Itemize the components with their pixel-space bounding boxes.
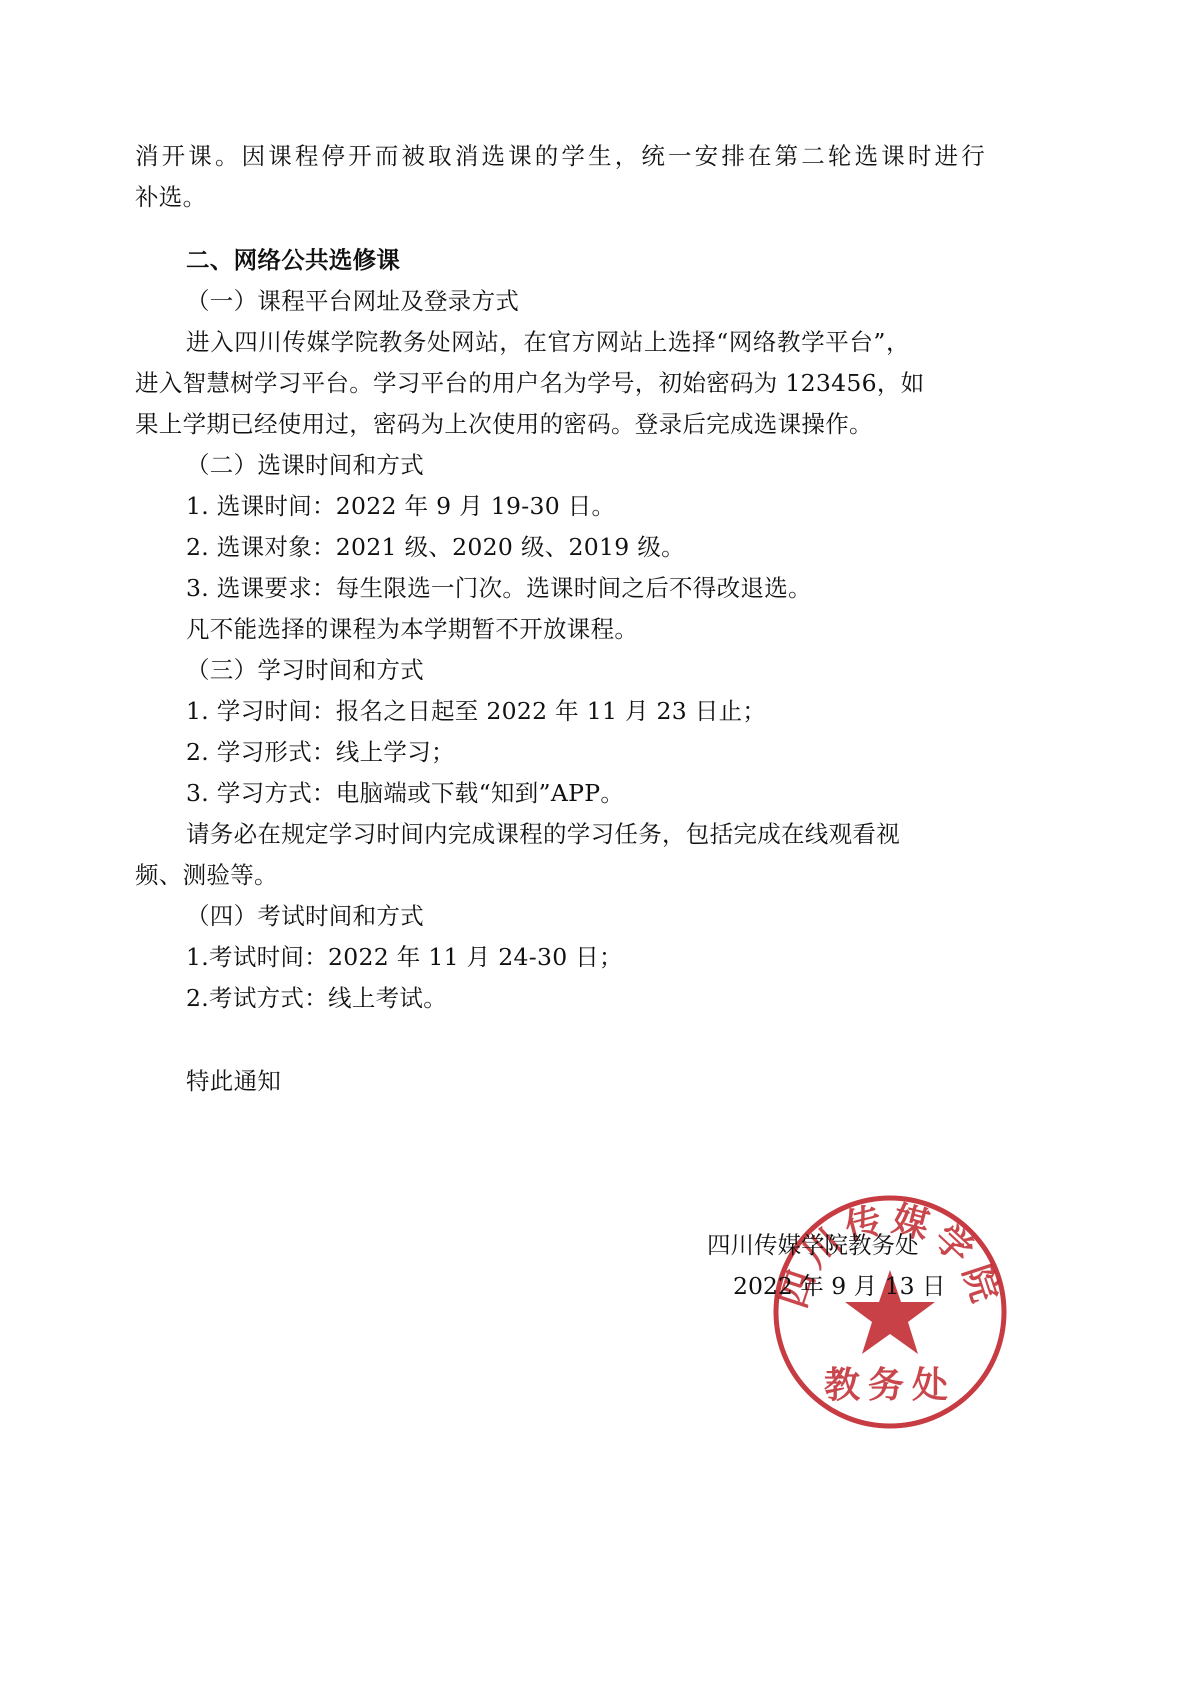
closing-text: 特此通知	[186, 1066, 1036, 1096]
paragraph-line: 频、测验等。	[135, 860, 985, 890]
list-item: 2.考试方式：线上考试。	[186, 983, 1036, 1013]
paragraph-line: 请务必在规定学习时间内完成课程的学习任务，包括完成在线观看视	[186, 819, 1036, 849]
list-item: 3. 学习方式：电脑端或下载“知到”APP。	[186, 778, 1036, 808]
list-item: 1.考试时间：2022 年 11 月 24-30 日；	[186, 942, 1036, 972]
section-heading: 二、网络公共选修课	[186, 245, 1036, 275]
paragraph-line: 消开课。因课程停开而被取消选课的学生，统一安排在第二轮选课时进行	[135, 141, 985, 171]
document-page: 消开课。因课程停开而被取消选课的学生，统一安排在第二轮选课时进行 补选。 二、网…	[0, 0, 1191, 1684]
subsection-heading: （一）课程平台网址及登录方式	[186, 286, 1036, 316]
subsection-heading: （四）考试时间和方式	[186, 901, 1036, 931]
list-item: 2. 学习形式：线上学习；	[186, 737, 1036, 767]
list-item: 2. 选课对象：2021 级、2020 级、2019 级。	[186, 532, 1036, 562]
svg-text:教务处: 教务处	[824, 1364, 956, 1406]
official-seal-stamp: 四川传媒学院 教务处	[770, 1192, 1010, 1432]
paragraph-line: 进入智慧树学习平台。学习平台的用户名为学号，初始密码为 123456，如	[135, 368, 985, 398]
signature-office: 四川传媒学院教务处	[707, 1230, 919, 1260]
subsection-heading: （二）选课时间和方式	[186, 450, 1036, 480]
list-item: 3. 选课要求：每生限选一门次。选课时间之后不得改退选。	[186, 573, 1036, 603]
paragraph-line: 果上学期已经使用过，密码为上次使用的密码。登录后完成选课操作。	[135, 409, 985, 439]
list-item: 1. 选课时间：2022 年 9 月 19-30 日。	[186, 491, 1036, 521]
signature-date: 2022 年 9 月 13 日	[733, 1271, 946, 1301]
paragraph-line: 进入四川传媒学院教务处网站，在官方网站上选择“网络教学平台”，	[186, 327, 1036, 357]
list-item: 1. 学习时间：报名之日起至 2022 年 11 月 23 日止；	[186, 696, 1036, 726]
paragraph-line: 凡不能选择的课程为本学期暂不开放课程。	[186, 614, 1036, 644]
paragraph-line: 补选。	[135, 182, 985, 212]
subsection-heading: （三）学习时间和方式	[186, 655, 1036, 685]
